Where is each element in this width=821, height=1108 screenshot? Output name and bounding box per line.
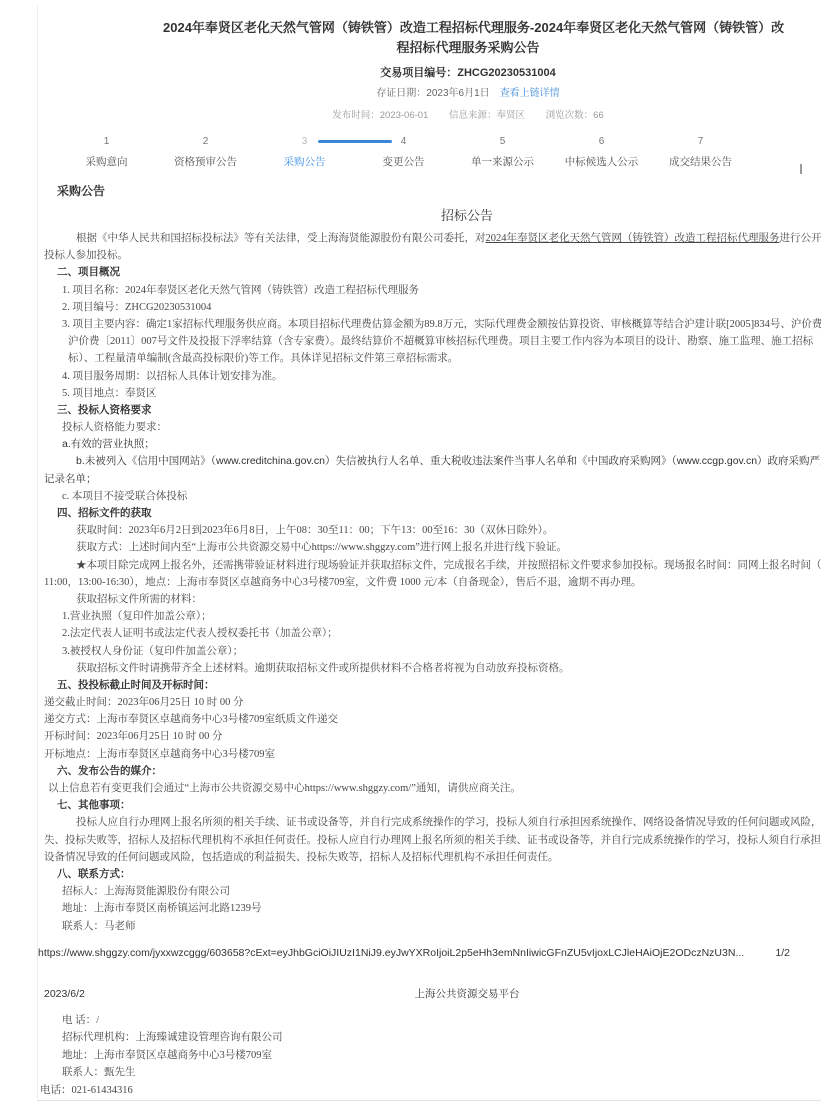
stepper-item-5[interactable]: 5单一来源公示 xyxy=(453,135,552,170)
step-number: 1 xyxy=(57,135,156,149)
site-title: 上海公共资源交易平台 xyxy=(37,987,821,1001)
announcement-header: 2024年奉贤区老化天然气管网（铸铁管）改造工程招标代理服务-2024年奉贤区老… xyxy=(37,0,821,122)
doc-line: 七、其他事项： xyxy=(0,797,821,814)
next-step-clipped-label xyxy=(800,164,802,174)
doc-line: ★本项目除完成网上报名外，还需携带验证材料进行现场验证并获取招标文件，完成报名手… xyxy=(0,557,821,574)
doc-line: 八、联系方式： xyxy=(0,866,821,883)
view-count: 浏览次数：66 xyxy=(546,110,604,121)
doc-line: 地址：上海市奉贤区卓越商务中心3号楼709室 xyxy=(0,1047,821,1065)
step-number: 3 xyxy=(255,135,354,149)
document-page: 2024年奉贤区老化天然气管网（铸铁管）改造工程招标代理服务-2024年奉贤区老… xyxy=(0,0,821,1108)
doc-line: 投标人参加投标。 xyxy=(0,247,821,264)
doc-line: 电 话：/ xyxy=(0,1012,821,1030)
step-label: 单一来源公示 xyxy=(453,155,552,170)
doc-line: 2.法定代表人证明书或法定代表人授权委托书（加盖公章）； xyxy=(0,625,821,642)
doc-line: 获取招标文件所需的材料： xyxy=(0,591,821,608)
step-number: 5 xyxy=(453,135,552,149)
source-url: https://www.shggzy.com/jyxxwzcggg/603658… xyxy=(38,946,761,960)
doc-line: 四、招标文件的获取 xyxy=(0,505,821,522)
view-chain-details-link[interactable]: 查看上链详情 xyxy=(500,88,560,99)
doc-line: 5. 项目地点：奉贤区 xyxy=(0,385,821,402)
doc-line: 1. 项目名称：2024年奉贤区老化天然气管网（铸铁管）改造工程招标代理服务 xyxy=(0,282,821,299)
doc-line: 11:00，13:00-16:30），地点：上海市奉贤区卓越商务中心3号楼709… xyxy=(0,574,821,591)
linked-project-name: 2024年奉贤区老化天然气管网（铸铁管）改造工程招标代理服务 xyxy=(486,233,780,244)
doc-line: 二、项目概况 xyxy=(0,264,821,281)
print-date: 2023/6/2 xyxy=(44,987,85,1001)
step-label: 资格预审公告 xyxy=(156,155,255,170)
step-label: 成交结果公告 xyxy=(651,155,750,170)
doc-line: 递交方式：上海市奉贤区卓越商务中心3号楼709室纸质文件递交 xyxy=(0,711,821,728)
doc-line: 开标时间：2023年06月25日 10 时 00 分 xyxy=(0,728,821,745)
tender-announcement-title: 招标公告 xyxy=(37,207,821,224)
stepper-item-1[interactable]: 1采购意向 xyxy=(57,135,156,170)
doc-text: 进行公开招标 xyxy=(780,233,821,244)
certification-row: 存证日期：2023年6月1日查看上链详情 xyxy=(37,87,821,101)
page-indicator: 1/2 xyxy=(775,946,790,960)
doc-line: 地址：上海市奉贤区南桥镇运河北路1239号 xyxy=(0,900,821,917)
doc-line: 获取招标文件时请携带齐全上述材料。逾期获取招标文件或所提供材料不合格者将视为自动… xyxy=(0,660,821,677)
doc-line: 3. 项目主要内容：确定1家招标代理服务供应商。本项目招标代理费估算金额为89.… xyxy=(0,316,821,333)
doc-line: 招标人：上海海贤能源股份有限公司 xyxy=(0,883,821,900)
doc-line: b.未被列入《信用中国网站》（www.creditchina.gov.cn）失信… xyxy=(0,453,821,470)
doc-line: 沪价费〔2011〕007号文件及投报下浮率结算（含专家费）。最终结算价不超概算审… xyxy=(0,333,821,350)
step-number: 2 xyxy=(156,135,255,149)
page2-body: 电 话：/招标代理机构：上海臻诚建设管理咨询有限公司地址：上海市奉贤区卓越商务中… xyxy=(0,1012,821,1100)
certification-date: 存证日期：2023年6月1日 xyxy=(376,88,489,99)
doc-line: 2. 项目编号：ZHCG20230531004 xyxy=(0,299,821,316)
page-title-line2: 程招标代理服务采购公告 xyxy=(37,38,821,58)
doc-line: 获取时间：2023年6月2日到2023年6月8日，上午08：30至11：00；下… xyxy=(0,522,821,539)
page-title-line1: 2024年奉贤区老化天然气管网（铸铁管）改造工程招标代理服务-2024年奉贤区老… xyxy=(37,18,821,38)
doc-line: 投标人资格能力要求： xyxy=(0,419,821,436)
step-number: 7 xyxy=(651,135,750,149)
doc-line: 获取方式：上述时间内至“上海市公共资源交易中心https://www.shggz… xyxy=(0,539,821,556)
doc-text: 根据《中华人民共和国招标投标法》等有关法律，受上海海贤能源股份有限公司委托，对 xyxy=(76,233,486,244)
doc-line: 标）、工程量清单编制(含最高投标限价)等工作。具体详见招标文件第三章招标需求。 xyxy=(0,350,821,367)
doc-line: 三、投标人资格要求 xyxy=(0,402,821,419)
doc-line: 记录名单； xyxy=(0,471,821,488)
doc-line: 以上信息若有变更我们会通过“上海市公共资源交易中心https://www.shg… xyxy=(0,780,821,797)
doc-line: 4. 项目服务周期：以招标人具体计划安排为准。 xyxy=(0,368,821,385)
doc-line: 开标地点：上海市奉贤区卓越商务中心3号楼709室 xyxy=(0,746,821,763)
doc-line: 五、投投标截止时间及开标时间： xyxy=(0,677,821,694)
stepper-item-6[interactable]: 6中标候选人公示 xyxy=(552,135,651,170)
stepper-item-2[interactable]: 2资格预审公告 xyxy=(156,135,255,170)
doc-line: 递交截止时间：2023年06月25日 10 时 00 分 xyxy=(0,694,821,711)
page-bottom-edge xyxy=(37,1100,821,1101)
doc-line: 联系人：马老师 xyxy=(0,918,821,935)
publish-time: 发布时间：2023-06-01 xyxy=(332,110,428,121)
doc-line: 失、投标失败等，招标人及招标代理机构不承担任何责任。投标人应自行办理网上报名所须… xyxy=(0,832,821,849)
doc-line: c. 本项目不接受联合体投标 xyxy=(0,488,821,505)
doc-line: 3.被授权人身份证（复印件加盖公章）； xyxy=(0,643,821,660)
stepper-item-7[interactable]: 7成交结果公告 xyxy=(651,135,750,170)
publish-meta-row: 发布时间：2023-06-01 信息来源：奉贤区 浏览次数：66 xyxy=(37,109,821,122)
announcement-body: 根据《中华人民共和国招标投标法》等有关法律，受上海海贤能源股份有限公司委托，对2… xyxy=(0,230,821,935)
procurement-stepper: 1采购意向2资格预审公告3采购公告4变更公告5单一来源公示6中标候选人公示7成交… xyxy=(57,135,821,170)
doc-line: 根据《中华人民共和国招标投标法》等有关法律，受上海海贤能源股份有限公司委托，对2… xyxy=(0,230,821,247)
doc-line: 设备情况导致的任何问题或风险，包括造成的利益损失、投标失败等，招标人及招标代理机… xyxy=(0,849,821,866)
stepper-item-3[interactable]: 3采购公告 xyxy=(255,135,354,170)
project-number: 交易项目编号：ZHCG20230531004 xyxy=(37,66,821,81)
step-label: 中标候选人公示 xyxy=(552,155,651,170)
step-number: 4 xyxy=(354,135,453,149)
print-footer: https://www.shggzy.com/jyxxwzcggg/603658… xyxy=(38,946,790,960)
doc-line: 联系人：甄先生 xyxy=(0,1064,821,1082)
doc-line: 六、发布公告的媒介： xyxy=(0,763,821,780)
page-left-edge xyxy=(37,6,38,1100)
step-label: 采购意向 xyxy=(57,155,156,170)
step-label: 采购公告 xyxy=(255,155,354,170)
doc-line: 电话：021-61434316 xyxy=(0,1082,821,1100)
step-number: 6 xyxy=(552,135,651,149)
info-source: 信息来源：奉贤区 xyxy=(449,110,525,121)
page2-header: 2023/6/2 上海公共资源交易平台 xyxy=(37,987,821,1001)
stepper-item-4[interactable]: 4变更公告 xyxy=(354,135,453,170)
step-label: 变更公告 xyxy=(354,155,453,170)
doc-line: 招标代理机构：上海臻诚建设管理咨询有限公司 xyxy=(0,1029,821,1047)
doc-line: 投标人应自行办理网上报名所须的相关手续、证书或设备等，并自行完成系统操作的学习，… xyxy=(0,814,821,831)
doc-line: a.有效的营业执照； xyxy=(0,436,821,453)
section-heading: 采购公告 xyxy=(57,183,821,200)
doc-line: 1.营业执照（复印件加盖公章）； xyxy=(0,608,821,625)
